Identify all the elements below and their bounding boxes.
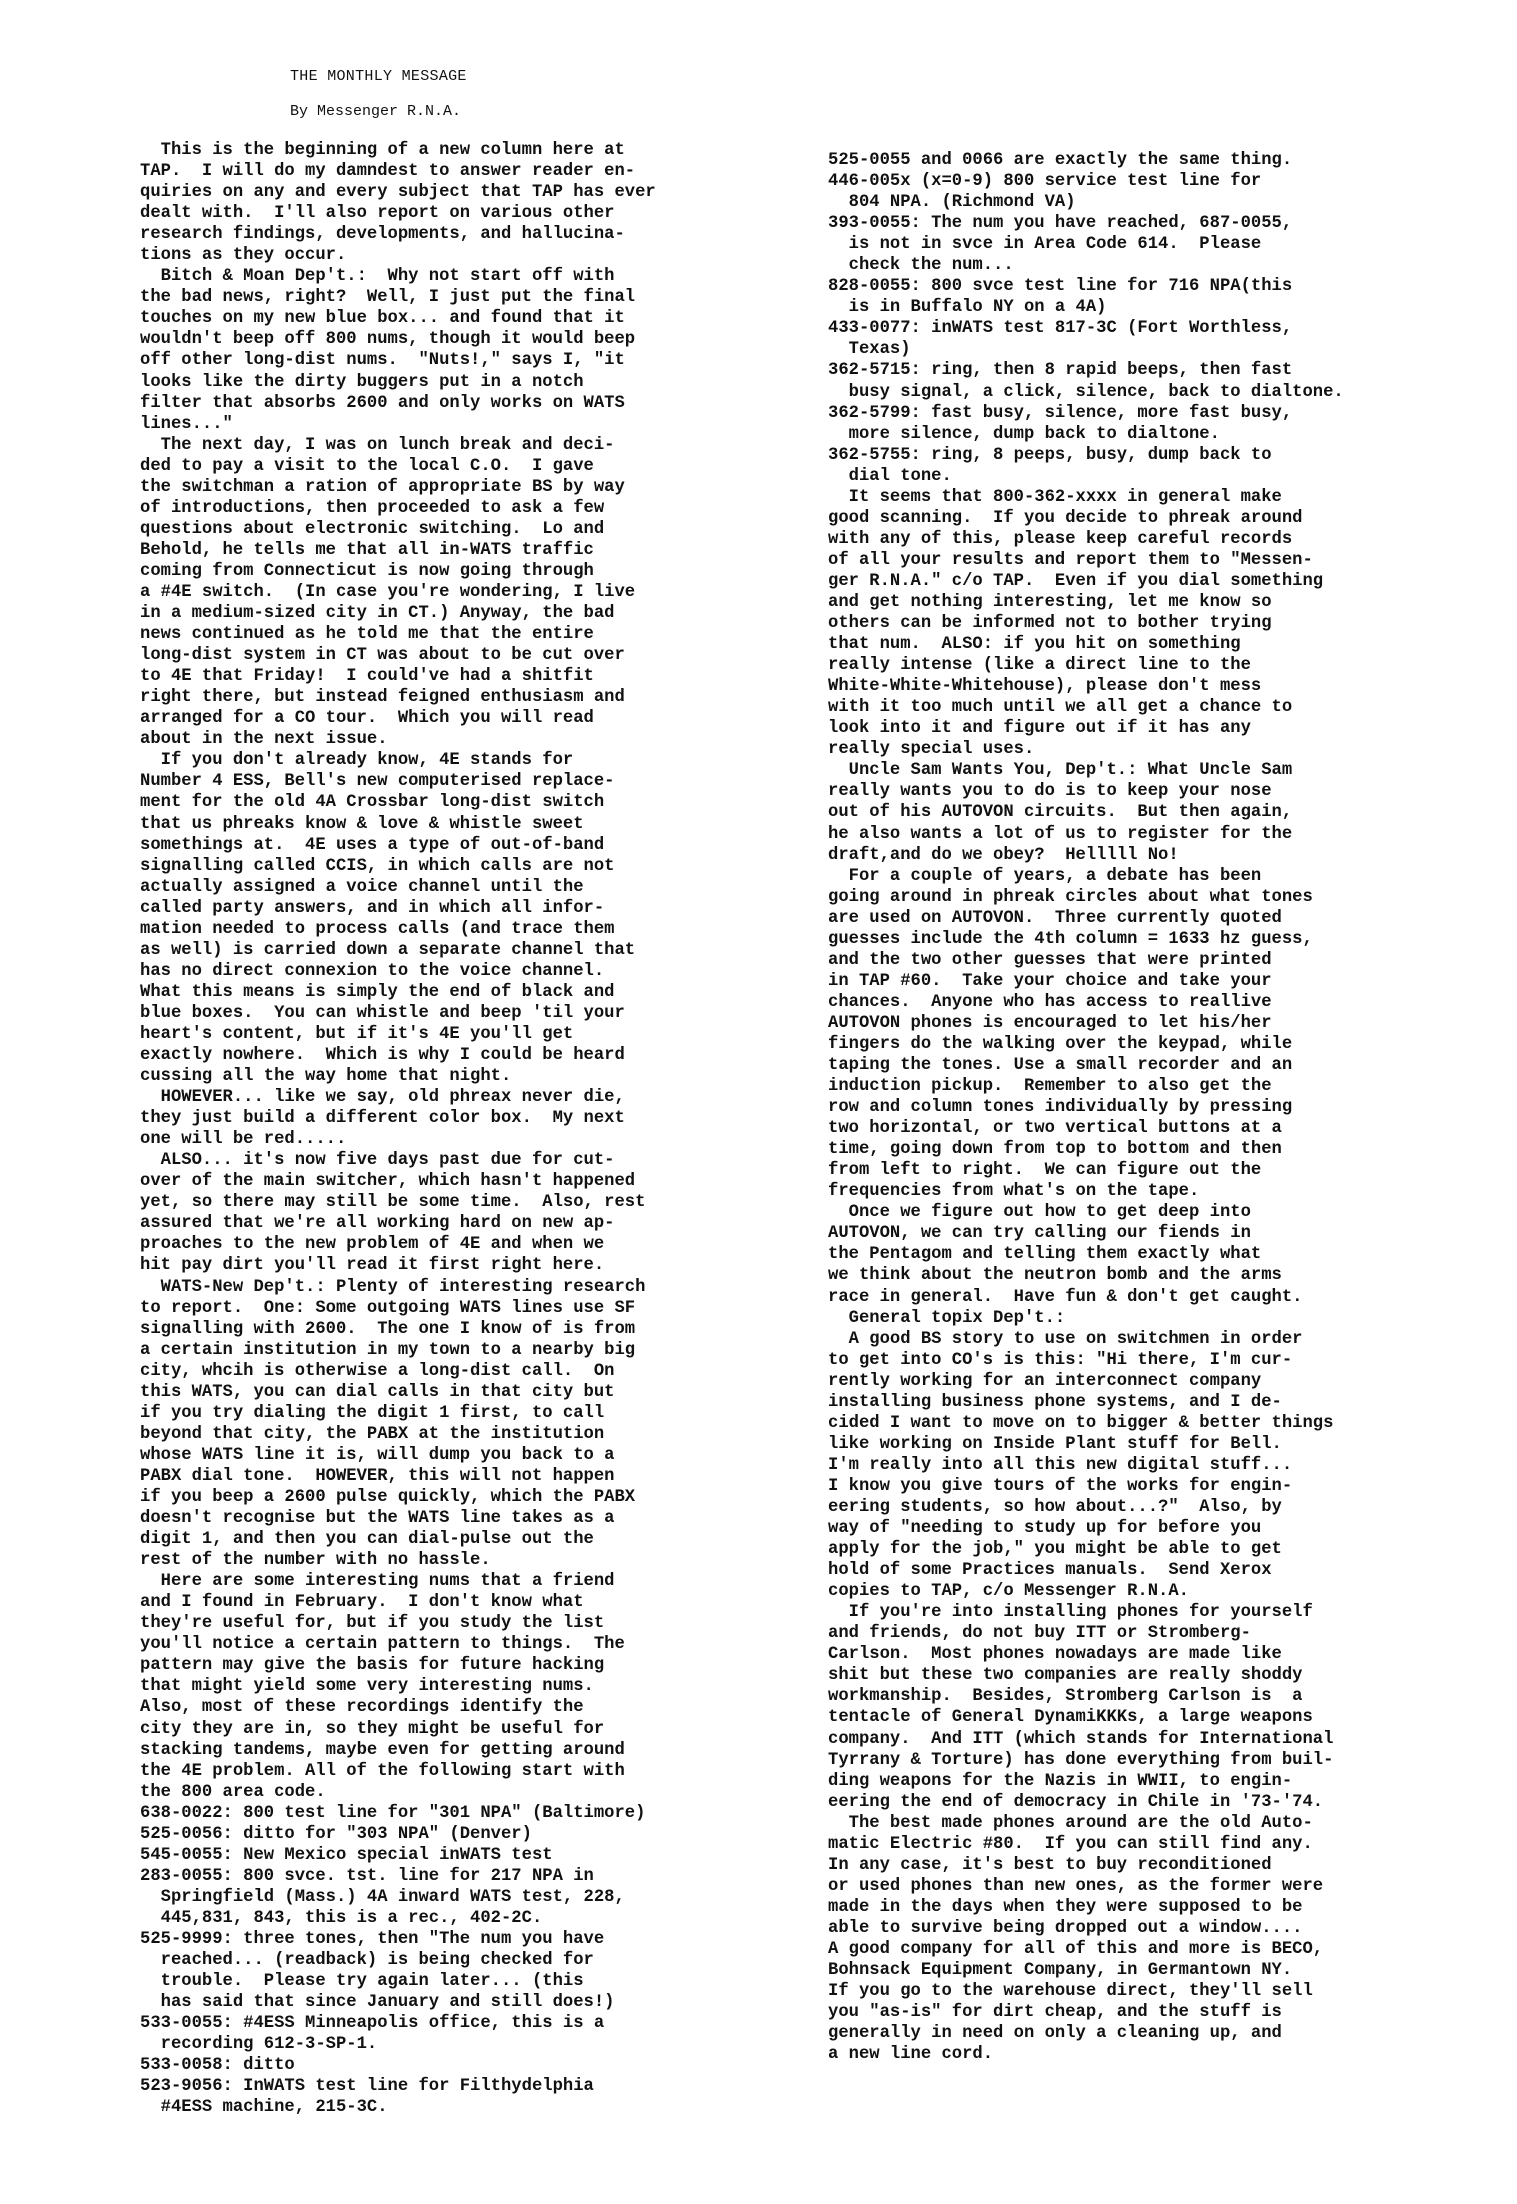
text-line: 362-5799: fast busy, silence, more fast … <box>828 403 1488 424</box>
text-line: dial tone. <box>828 466 1488 487</box>
text-line: city, whcih is otherwise a long-dist cal… <box>140 1361 780 1382</box>
text-line: good scanning. If you decide to phreak a… <box>828 508 1488 529</box>
text-line: apply for the job," you might be able to… <box>828 1539 1488 1560</box>
text-line: HOWEVER... like we say, old phreax never… <box>140 1087 780 1108</box>
text-line: 525-0055 and 0066 are exactly the same t… <box>828 150 1488 171</box>
text-line: if you beep a 2600 pulse quickly, which … <box>140 1487 780 1508</box>
text-line: beyond that city, the PABX at the instit… <box>140 1424 780 1445</box>
right-column: 525-0055 and 0066 are exactly the same t… <box>828 150 1488 2065</box>
text-line: 362-5715: ring, then 8 rapid beeps, then… <box>828 360 1488 381</box>
text-line: wouldn't beep off 800 nums, though it wo… <box>140 329 780 350</box>
text-line: busy signal, a click, silence, back to d… <box>828 382 1488 403</box>
text-line: eering the end of democracy in Chile in … <box>828 1792 1488 1813</box>
text-line: research findings, developments, and hal… <box>140 224 780 245</box>
text-line: that might yield some very interesting n… <box>140 1676 780 1697</box>
text-line: is not in svce in Area Code 614. Please <box>828 234 1488 255</box>
document-page: THE MONTHLY MESSAGE By Messenger R.N.A. … <box>0 0 1517 2204</box>
text-line: What this means is simply the end of bla… <box>140 982 780 1003</box>
text-line: Number 4 ESS, Bell's new computerised re… <box>140 771 780 792</box>
text-line: AUTOVON, we can try calling our fiends i… <box>828 1223 1488 1244</box>
text-line: called party answers, and in which all i… <box>140 898 780 919</box>
text-line: induction pickup. Remember to also get t… <box>828 1076 1488 1097</box>
text-line: from left to right. We can figure out th… <box>828 1160 1488 1181</box>
text-line: really special uses. <box>828 739 1488 760</box>
text-line: hit pay dirt you'll read it first right … <box>140 1255 780 1276</box>
text-line: he also wants a lot of us to register fo… <box>828 824 1488 845</box>
text-line: installing business phone systems, and I… <box>828 1392 1488 1413</box>
text-line: and get nothing interesting, let me know… <box>828 592 1488 613</box>
text-line: I'm really into all this new digital stu… <box>828 1455 1488 1476</box>
text-line: news continued as he told me that the en… <box>140 624 780 645</box>
text-line: going around in phreak circles about wha… <box>828 887 1488 908</box>
text-line: the 800 area code. <box>140 1782 780 1803</box>
text-line: to report. One: Some outgoing WATS lines… <box>140 1298 780 1319</box>
text-line: Carlson. Most phones nowadays are made l… <box>828 1644 1488 1665</box>
text-line: Here are some interesting nums that a fr… <box>140 1571 780 1592</box>
text-line: the 4E problem. All of the following sta… <box>140 1761 780 1782</box>
text-line: ded to pay a visit to the local C.O. I g… <box>140 456 780 477</box>
text-line: fingers do the walking over the keypad, … <box>828 1034 1488 1055</box>
text-line: cussing all the way home that night. <box>140 1066 780 1087</box>
text-line: reached... (readback) is being checked f… <box>140 1950 780 1971</box>
text-line: row and column tones individually by pre… <box>828 1097 1488 1118</box>
text-line: has said that since January and still do… <box>140 1992 780 2013</box>
text-line: The best made phones around are the old … <box>828 1813 1488 1834</box>
article-title: THE MONTHLY MESSAGE <box>290 68 467 85</box>
text-line: mation needed to process calls (and trac… <box>140 919 780 940</box>
text-line: like working on Inside Plant stuff for B… <box>828 1434 1488 1455</box>
text-line: 533-0058: ditto <box>140 2055 780 2076</box>
text-line: company. And ITT (which stands for Inter… <box>828 1729 1488 1750</box>
text-line: exactly nowhere. Which is why I could be… <box>140 1045 780 1066</box>
text-line: Also, most of these recordings identify … <box>140 1697 780 1718</box>
text-line: 525-9999: three tones, then "The num you… <box>140 1929 780 1950</box>
text-line: frequencies from what's on the tape. <box>828 1181 1488 1202</box>
text-line: city they are in, so they might be usefu… <box>140 1719 780 1740</box>
text-line: one will be red..... <box>140 1129 780 1150</box>
text-line: somethings at. 4E uses a type of out-of-… <box>140 835 780 856</box>
text-line: we think about the neutron bomb and the … <box>828 1265 1488 1286</box>
text-line: in a medium-sized city in CT.) Anyway, t… <box>140 603 780 624</box>
text-line: Bitch & Moan Dep't.: Why not start off w… <box>140 266 780 287</box>
text-line: the Pentagom and telling them exactly wh… <box>828 1244 1488 1265</box>
text-line: 393-0055: The num you have reached, 687-… <box>828 213 1488 234</box>
text-line: a certain institution in my town to a ne… <box>140 1340 780 1361</box>
text-line: whose WATS line it is, will dump you bac… <box>140 1445 780 1466</box>
text-line: you'll notice a certain pattern to thing… <box>140 1634 780 1655</box>
text-line: tions as they occur. <box>140 245 780 266</box>
text-line: rest of the number with no hassle. <box>140 1550 780 1571</box>
text-line: heart's content, but if it's 4E you'll g… <box>140 1024 780 1045</box>
text-line: 545-0055: New Mexico special inWATS test <box>140 1845 780 1866</box>
text-line: really intense (like a direct line to th… <box>828 655 1488 676</box>
text-line: ger R.N.A." c/o TAP. Even if you dial so… <box>828 571 1488 592</box>
text-line: ment for the old 4A Crossbar long-dist s… <box>140 792 780 813</box>
text-line: long-dist system in CT was about to be c… <box>140 645 780 666</box>
text-line: recording 612-3-SP-1. <box>140 2034 780 2055</box>
text-line: 446-005x (x=0-9) 800 service test line f… <box>828 171 1488 192</box>
text-line: with it too much until we all get a chan… <box>828 697 1488 718</box>
text-line: lines..." <box>140 414 780 435</box>
text-line: Once we figure out how to get deep into <box>828 1202 1488 1223</box>
text-line: PABX dial tone. HOWEVER, this will not h… <box>140 1466 780 1487</box>
text-line: shit but these two companies are really … <box>828 1665 1488 1686</box>
text-line: the switchman a ration of appropriate BS… <box>140 477 780 498</box>
text-line: filter that absorbs 2600 and only works … <box>140 393 780 414</box>
text-line: in TAP #60. Take your choice and take yo… <box>828 971 1488 992</box>
text-line: I know you give tours of the works for e… <box>828 1476 1488 1497</box>
text-line: draft,and do we obey? Helllll No! <box>828 845 1488 866</box>
text-line: This is the beginning of a new column he… <box>140 140 780 161</box>
text-line: 445,831, 843, this is a rec., 402-2C. <box>140 1908 780 1929</box>
text-line: and the two other guesses that were prin… <box>828 950 1488 971</box>
text-line: dealt with. I'll also report on various … <box>140 203 780 224</box>
text-line: right there, but instead feigned enthusi… <box>140 687 780 708</box>
text-line: For a couple of years, a debate has been <box>828 866 1488 887</box>
text-line: check the num... <box>828 255 1488 276</box>
text-line: Tyrrany & Torture) has done everything f… <box>828 1750 1488 1771</box>
text-line: eering students, so how about...?" Also,… <box>828 1497 1488 1518</box>
text-line: Springfield (Mass.) 4A inward WATS test,… <box>140 1887 780 1908</box>
text-line: with any of this, please keep careful re… <box>828 529 1488 550</box>
text-line: time, going down from top to bottom and … <box>828 1139 1488 1160</box>
text-line: trouble. Please try again later... (this <box>140 1971 780 1992</box>
text-line: quiries on any and every subject that TA… <box>140 182 780 203</box>
text-line: out of his AUTOVON circuits. But then ag… <box>828 802 1488 823</box>
text-line: actually assigned a voice channel until … <box>140 877 780 898</box>
text-line: look into it and figure out if it has an… <box>828 718 1488 739</box>
text-line: they're useful for, but if you study the… <box>140 1613 780 1634</box>
text-line: more silence, dump back to dialtone. <box>828 424 1488 445</box>
text-line: guesses include the 4th column = 1633 hz… <box>828 929 1488 950</box>
text-line: this WATS, you can dial calls in that ci… <box>140 1382 780 1403</box>
text-line: arranged for a CO tour. Which you will r… <box>140 708 780 729</box>
text-line: off other long-dist nums. "Nuts!," says … <box>140 350 780 371</box>
text-line: looks like the dirty buggers put in a no… <box>140 372 780 393</box>
text-line: that num. ALSO: if you hit on something <box>828 634 1488 655</box>
text-line: A good company for all of this and more … <box>828 1939 1488 1960</box>
text-line: 525-0056: ditto for "303 NPA" (Denver) <box>140 1824 780 1845</box>
text-line: over of the main switcher, which hasn't … <box>140 1171 780 1192</box>
article-byline: By Messenger R.N.A. <box>290 103 461 120</box>
text-line: stacking tandems, maybe even for getting… <box>140 1740 780 1761</box>
text-line: 433-0077: inWATS test 817-3C (Fort Worth… <box>828 318 1488 339</box>
text-line: of all your results and report them to "… <box>828 550 1488 571</box>
text-line: It seems that 800-362-xxxx in general ma… <box>828 487 1488 508</box>
text-line: rently working for an interconnect compa… <box>828 1371 1488 1392</box>
text-line: signalling called CCIS, in which calls a… <box>140 856 780 877</box>
text-line: 638-0022: 800 test line for "301 NPA" (B… <box>140 1803 780 1824</box>
text-line: 828-0055: 800 svce test line for 716 NPA… <box>828 276 1488 297</box>
text-line: the bad news, right? Well, I just put th… <box>140 287 780 308</box>
text-line: Behold, he tells me that all in-WATS tra… <box>140 540 780 561</box>
text-line: to get into CO's is this: "Hi there, I'm… <box>828 1350 1488 1371</box>
text-line: or used phones than new ones, as the for… <box>828 1876 1488 1897</box>
text-line: #4ESS machine, 215-3C. <box>140 2097 780 2118</box>
text-line: if you try dialing the digit 1 first, to… <box>140 1403 780 1424</box>
text-line: ding weapons for the Nazis in WWII, to e… <box>828 1771 1488 1792</box>
text-line: 804 NPA. (Richmond VA) <box>828 192 1488 213</box>
text-line: you "as-is" for dirt cheap, and the stuf… <box>828 2002 1488 2023</box>
text-line: If you don't already know, 4E stands for <box>140 750 780 771</box>
text-line: digit 1, and then you can dial-pulse out… <box>140 1529 780 1550</box>
text-line: as well) is carried down a separate chan… <box>140 940 780 961</box>
text-line: taping the tones. Use a small recorder a… <box>828 1055 1488 1076</box>
text-line: are used on AUTOVON. Three currently quo… <box>828 908 1488 929</box>
text-line: White-White-Whitehouse), please don't me… <box>828 676 1488 697</box>
text-line: 283-0055: 800 svce. tst. line for 217 NP… <box>140 1866 780 1887</box>
text-line: If you go to the warehouse direct, they'… <box>828 1981 1488 2002</box>
text-line: touches on my new blue box... and found … <box>140 308 780 329</box>
text-line: and I found in February. I don't know wh… <box>140 1592 780 1613</box>
text-line: WATS-New Dep't.: Plenty of interesting r… <box>140 1277 780 1298</box>
text-line: race in general. Have fun & don't get ca… <box>828 1287 1488 1308</box>
text-line: doesn't recognise but the WATS line take… <box>140 1508 780 1529</box>
text-line: assured that we're all working hard on n… <box>140 1213 780 1234</box>
text-line: to 4E that Friday! I could've had a shit… <box>140 666 780 687</box>
text-line: matic Electric #80. If you can still fin… <box>828 1834 1488 1855</box>
text-line: generally in need on only a cleaning up,… <box>828 2023 1488 2044</box>
text-line: a #4E switch. (In case you're wondering,… <box>140 582 780 603</box>
text-line: If you're into installing phones for you… <box>828 1602 1488 1623</box>
text-line: 523-9056: InWATS test line for Filthydel… <box>140 2076 780 2097</box>
text-line: In any case, it's best to buy reconditio… <box>828 1855 1488 1876</box>
text-line: way of "needing to study up for before y… <box>828 1518 1488 1539</box>
text-line: yet, so there may still be some time. Al… <box>140 1192 780 1213</box>
text-line: and friends, do not buy ITT or Stromberg… <box>828 1623 1488 1644</box>
text-line: Uncle Sam Wants You, Dep't.: What Uncle … <box>828 760 1488 781</box>
text-line: General topix Dep't.: <box>828 1308 1488 1329</box>
text-line: that us phreaks know & love & whistle sw… <box>140 814 780 835</box>
text-line: AUTOVON phones is encouraged to let his/… <box>828 1013 1488 1034</box>
text-line: really wants you to do is to keep your n… <box>828 781 1488 802</box>
text-line: cided I want to move on to bigger & bett… <box>828 1413 1488 1434</box>
text-line: proaches to the new problem of 4E and wh… <box>140 1234 780 1255</box>
text-line: signalling with 2600. The one I know of … <box>140 1319 780 1340</box>
text-line: able to survive being dropped out a wind… <box>828 1918 1488 1939</box>
text-line: Bohnsack Equipment Company, in Germantow… <box>828 1960 1488 1981</box>
text-line: a new line cord. <box>828 2044 1488 2065</box>
text-line: pattern may give the basis for future ha… <box>140 1655 780 1676</box>
text-line: workmanship. Besides, Stromberg Carlson … <box>828 1686 1488 1707</box>
text-line: made in the days when they were supposed… <box>828 1897 1488 1918</box>
text-line: ALSO... it's now five days past due for … <box>140 1150 780 1171</box>
text-line: tentacle of General DynamiKKKs, a large … <box>828 1707 1488 1728</box>
text-line: about in the next issue. <box>140 729 780 750</box>
text-line: has no direct connexion to the voice cha… <box>140 961 780 982</box>
text-line: Texas) <box>828 339 1488 360</box>
text-line: of introductions, then proceeded to ask … <box>140 498 780 519</box>
text-line: two horizontal, or two vertical buttons … <box>828 1118 1488 1139</box>
left-column: This is the beginning of a new column he… <box>140 140 780 2118</box>
text-line: they just build a different color box. M… <box>140 1108 780 1129</box>
text-line: coming from Connecticut is now going thr… <box>140 561 780 582</box>
text-line: 362-5755: ring, 8 peeps, busy, dump back… <box>828 445 1488 466</box>
text-line: TAP. I will do my damndest to answer rea… <box>140 161 780 182</box>
text-line: hold of some Practices manuals. Send Xer… <box>828 1560 1488 1581</box>
text-line: The next day, I was on lunch break and d… <box>140 435 780 456</box>
text-line: 533-0055: #4ESS Minneapolis office, this… <box>140 2013 780 2034</box>
text-line: copies to TAP, c/o Messenger R.N.A. <box>828 1581 1488 1602</box>
text-line: blue boxes. You can whistle and beep 'ti… <box>140 1003 780 1024</box>
text-line: is in Buffalo NY on a 4A) <box>828 297 1488 318</box>
text-line: A good BS story to use on switchmen in o… <box>828 1329 1488 1350</box>
text-line: chances. Anyone who has access to realli… <box>828 992 1488 1013</box>
text-line: others can be informed not to bother try… <box>828 613 1488 634</box>
text-line: questions about electronic switching. Lo… <box>140 519 780 540</box>
